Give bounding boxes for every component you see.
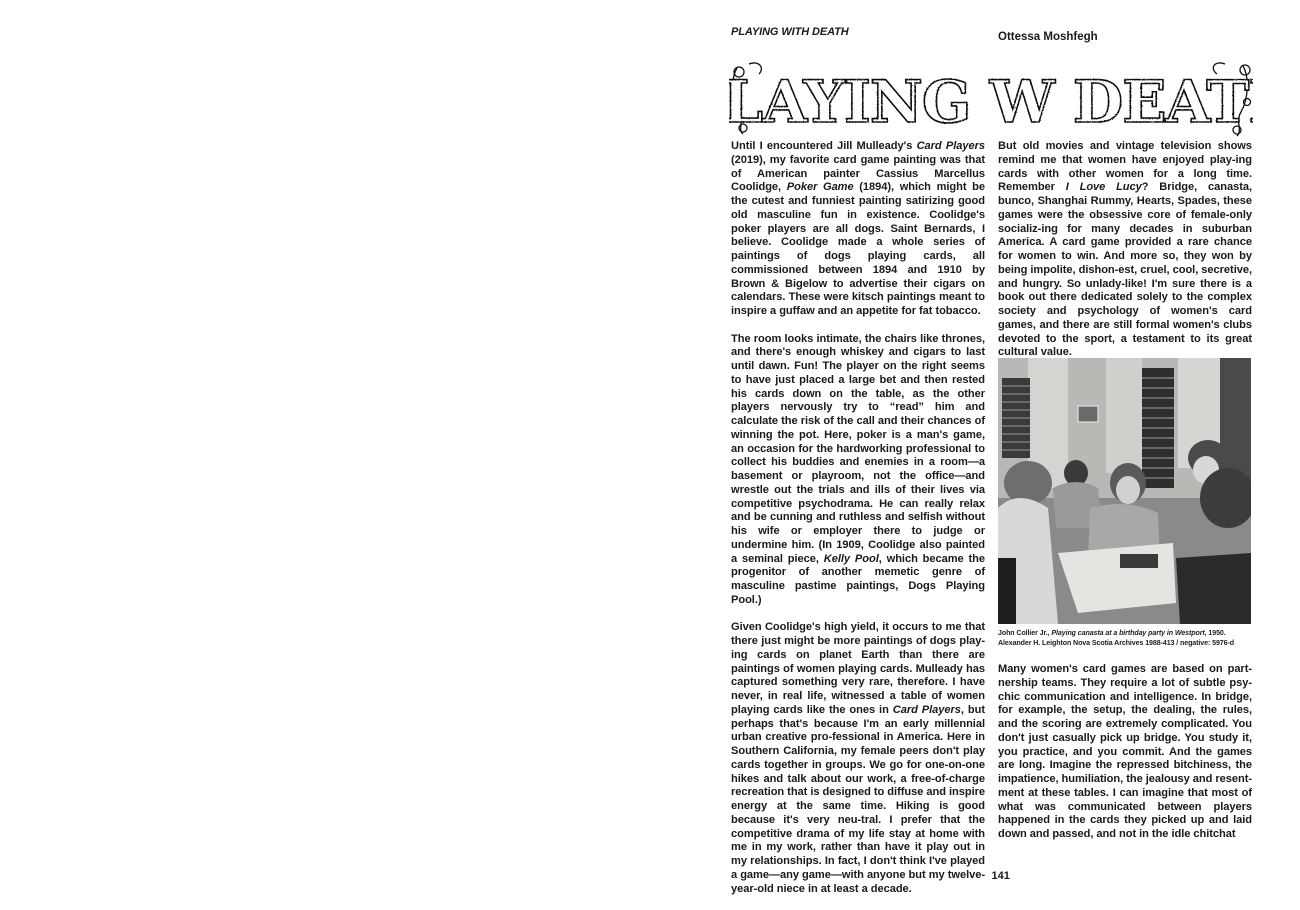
caption-line-archive: Alexander H. Leighton Nova Scotia Archiv…	[998, 639, 1254, 649]
paragraph: The room looks intimate, the chairs like…	[731, 333, 985, 608]
body-column-left: Until I encountered Jill Mulleady's Card…	[731, 140, 985, 910]
paragraph: Many women's card games are based on par…	[998, 663, 1252, 842]
figure-photo	[998, 358, 1251, 624]
caption-year: , 1950.	[1205, 629, 1226, 637]
ornate-title-lettering-icon: PLAYING W DEATH	[729, 58, 1253, 138]
page-number-container: 141	[0, 870, 1300, 882]
text-run: The room looks intimate, the chairs like…	[731, 333, 985, 565]
svg-text:PLAYING W DEATH: PLAYING W DEATH	[729, 68, 1253, 136]
italic-title-run: Poker Game	[787, 181, 854, 193]
caption-title: Playing canasta at a birthday party in W…	[1051, 629, 1204, 637]
author-name: Ottessa Moshfegh	[998, 31, 1098, 43]
running-head: PLAYING WITH DEATH	[731, 26, 849, 38]
paragraph: Until I encountered Jill Mulleady's Card…	[731, 140, 985, 319]
text-run: Until I encountered Jill Mulleady's	[731, 140, 917, 152]
text-run: Given Coolidge's high yield, it occurs t…	[731, 621, 985, 716]
body-column-right-bottom: Many women's card games are based on par…	[998, 663, 1252, 843]
canasta-photo-image	[998, 358, 1251, 624]
italic-title-run: I Love Lucy	[1066, 181, 1142, 193]
body-column-right-top: But old movies and vintage television sh…	[998, 140, 1252, 374]
text-run: (1894), which might be the cutest and fu…	[731, 181, 985, 317]
paragraph: But old movies and vintage television sh…	[998, 140, 1252, 360]
figure-caption: John Collier Jr., Playing canasta at a b…	[998, 629, 1254, 648]
paragraph: Given Coolidge's high yield, it occurs t…	[731, 621, 985, 896]
caption-line-credit: John Collier Jr., Playing canasta at a b…	[998, 629, 1254, 639]
italic-title-run: Kelly Pool	[824, 553, 879, 565]
left-page-blank	[0, 0, 650, 910]
text-run: , but perhaps that's because I'm an earl…	[731, 704, 985, 895]
italic-title-run: Card Players	[893, 704, 961, 716]
text-run: ? Bridge, canasta, bunco, Shanghai Rummy…	[998, 181, 1252, 358]
italic-title-run: Card Players	[917, 140, 985, 152]
text-run: Many women's card games are based on par…	[998, 663, 1252, 840]
caption-photographer: John Collier Jr.,	[998, 629, 1051, 637]
decorative-title: PLAYING W DEATH	[729, 58, 1253, 138]
